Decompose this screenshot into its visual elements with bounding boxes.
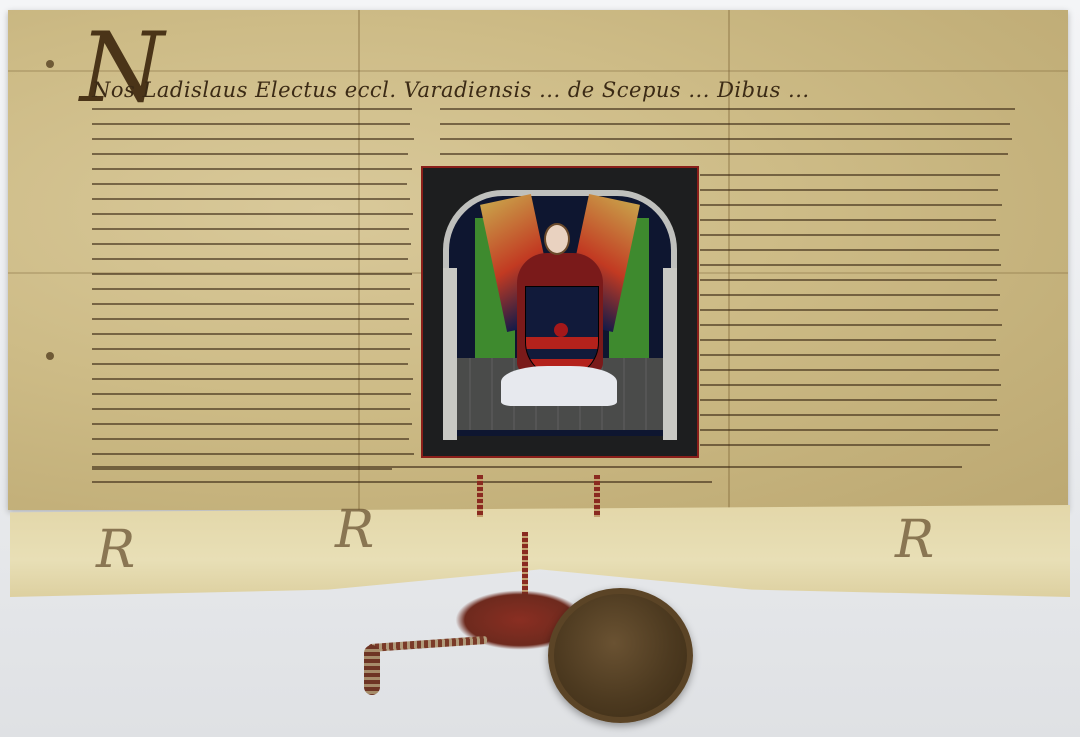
braided-cord-end xyxy=(364,645,380,695)
white-drapery xyxy=(501,366,617,406)
illuminated-miniature xyxy=(421,166,699,458)
column xyxy=(663,268,677,440)
horizontal-fold xyxy=(8,70,1068,72)
coat-of-arms-shield xyxy=(525,286,599,378)
plica-letter: R xyxy=(335,500,374,560)
seal-cord xyxy=(477,475,483,517)
wax-seal xyxy=(548,588,693,723)
shield-stripe xyxy=(526,337,598,349)
seal-cord xyxy=(594,475,600,517)
angel-head xyxy=(544,223,570,255)
pin-hole xyxy=(46,60,54,68)
rose-icon xyxy=(554,323,568,337)
charter-text-right xyxy=(700,168,1020,468)
column xyxy=(443,268,457,440)
charter-text-left xyxy=(92,102,422,507)
incipit-line: Nos Ladislaus Electus eccl. Varadiensis … xyxy=(92,78,810,102)
plica-letter: R xyxy=(96,520,135,580)
charter-text-bottom xyxy=(92,460,972,490)
plica-letter: R xyxy=(895,510,934,570)
charter-text-top xyxy=(440,102,1020,162)
pin-hole xyxy=(46,352,54,360)
